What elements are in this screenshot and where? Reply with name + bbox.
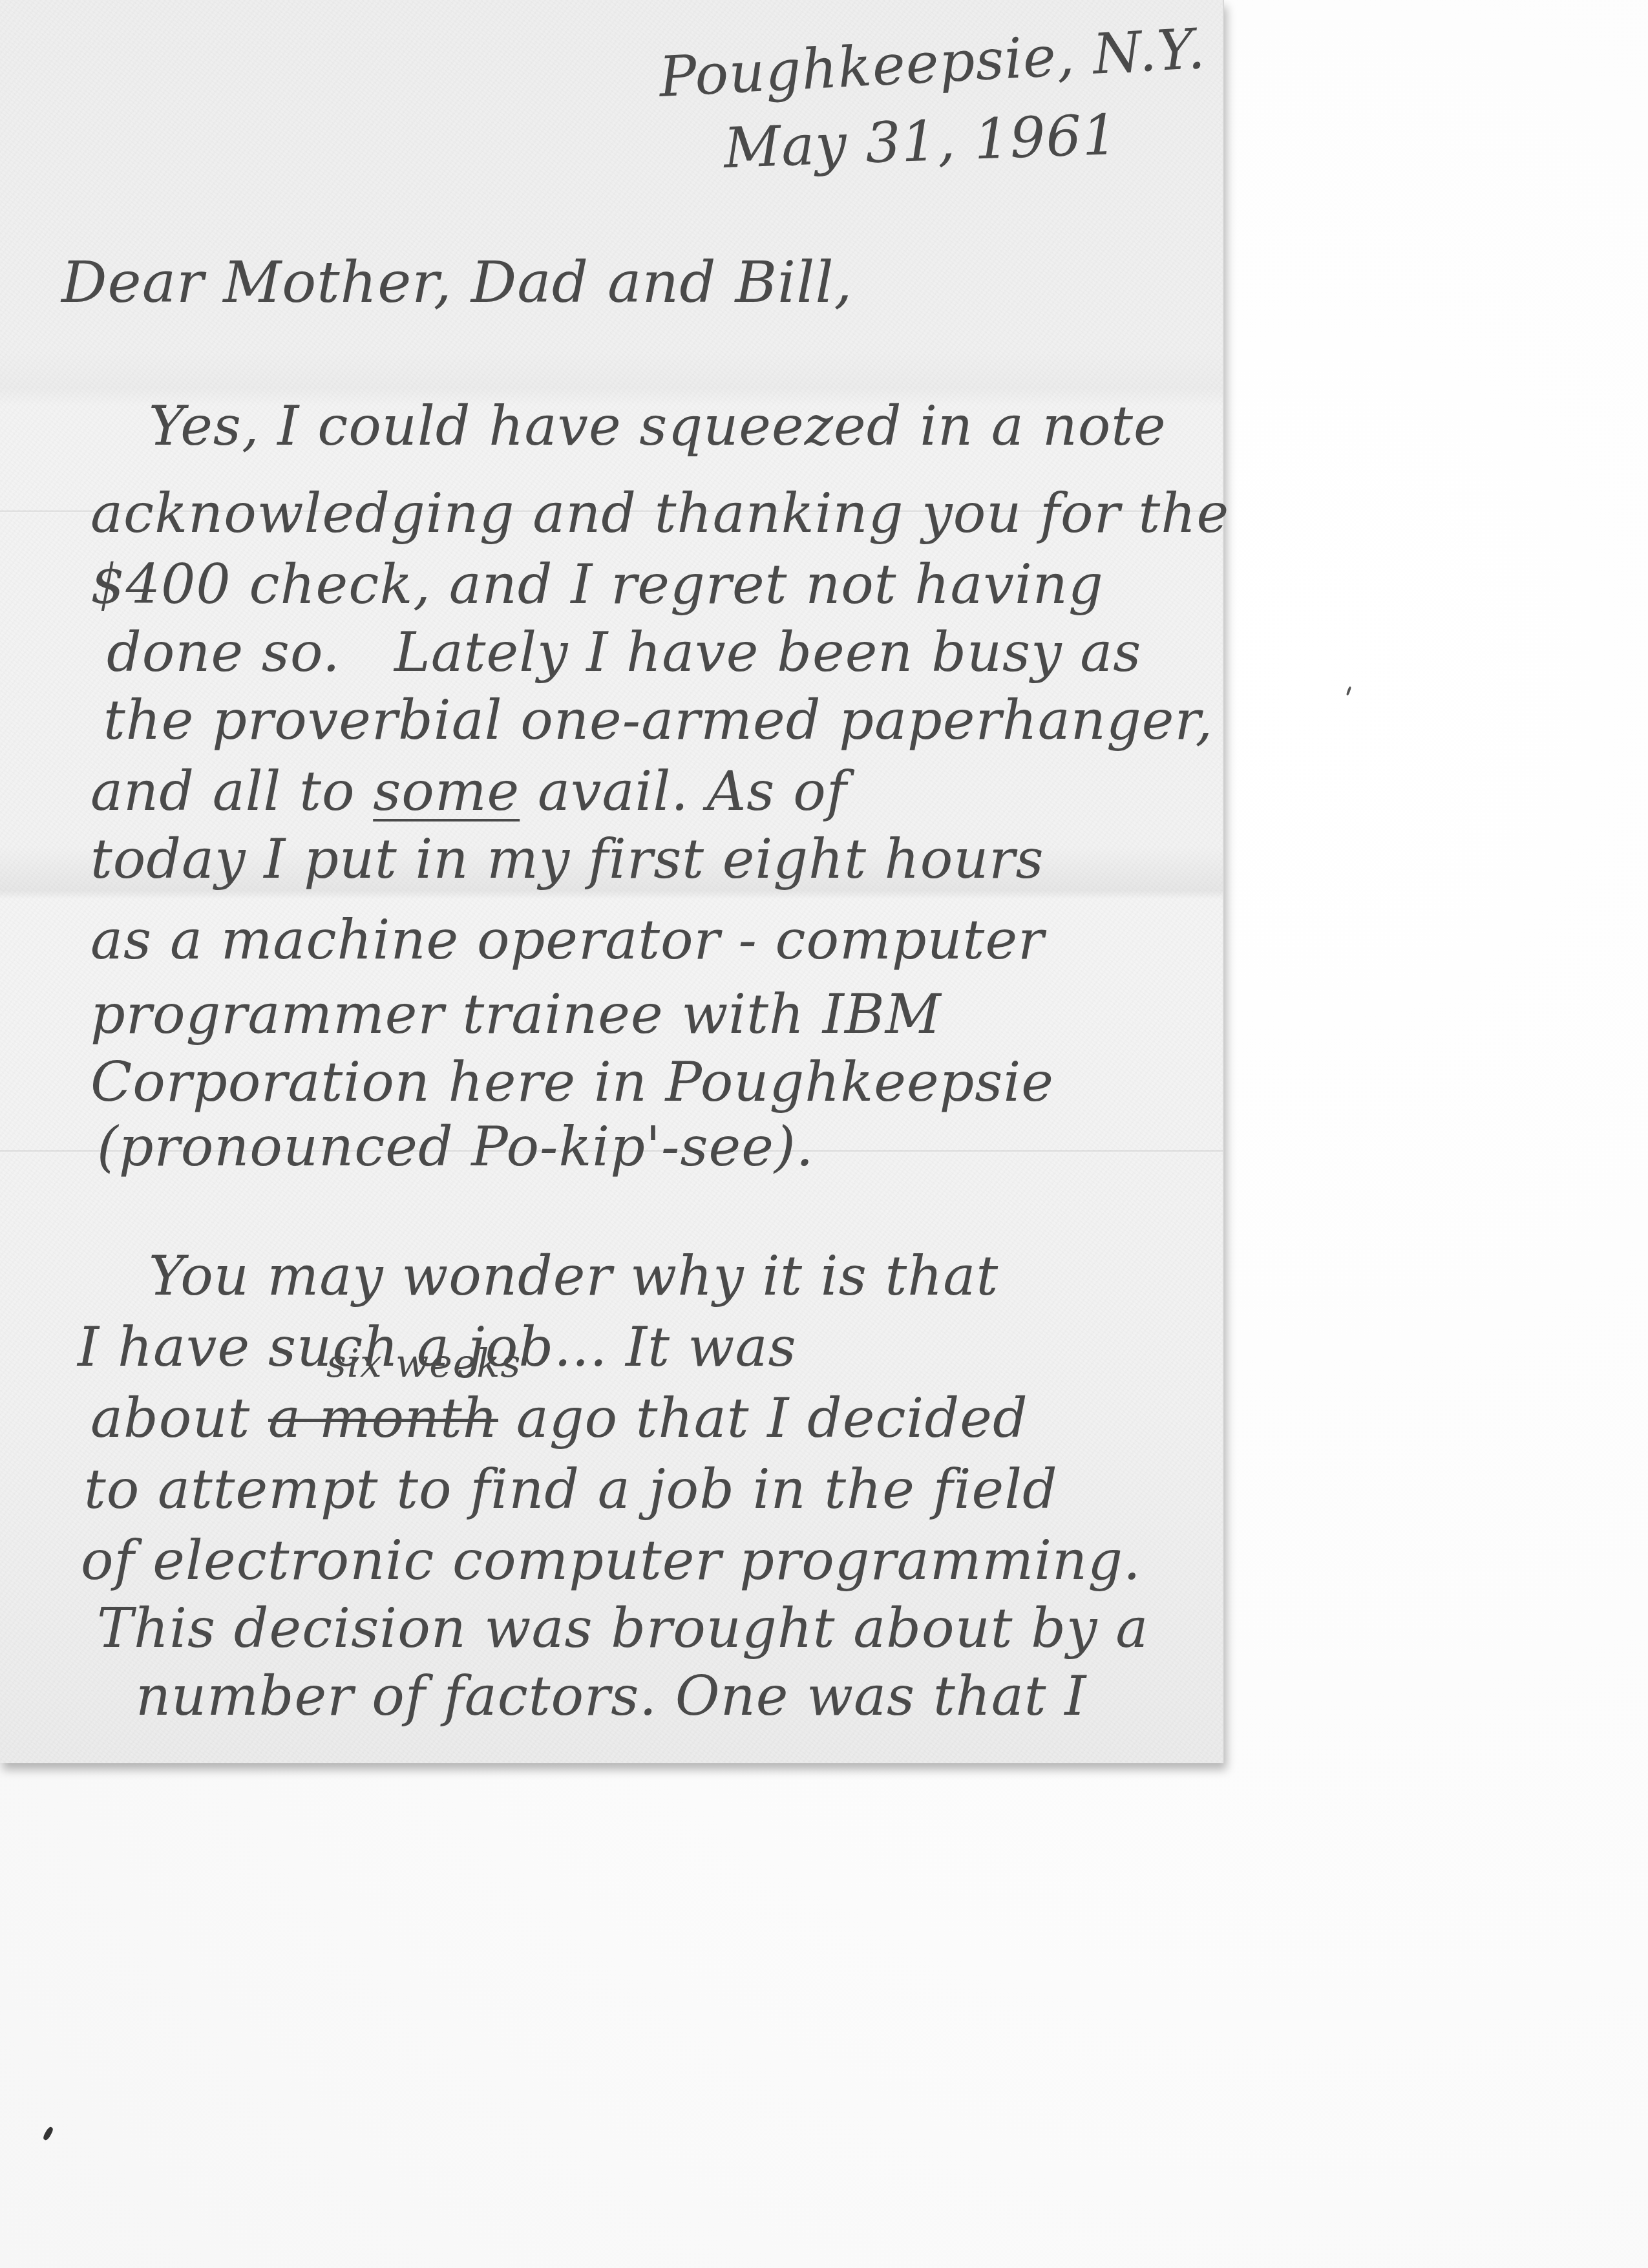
letter-line: the proverbial one-armed paperhanger,: [103, 688, 1213, 752]
underlined-word: some: [373, 759, 520, 823]
letter-line: acknowledging and thanking you for the: [90, 482, 1229, 545]
letter-sheet: Poughkeepsie, N.Y. May 31, 1961 Dear Mot…: [0, 0, 1224, 1763]
letter-text: Lately I have been busy as: [394, 620, 1142, 684]
letter-line: today I put in my first eight hours: [90, 827, 1044, 891]
salutation: Dear Mother, Dad and Bill,: [61, 249, 853, 315]
letter-line: $400 check, and I regret not having: [90, 553, 1104, 616]
letter-line: (pronounced Po-kip'-see).: [97, 1115, 814, 1178]
inserted-text: six weeks: [326, 1341, 521, 1386]
letter-line: done so. Lately I have been busy as: [107, 620, 1141, 684]
letter-text: done so.: [107, 620, 341, 684]
letter-line: programmer trainee with IBM: [90, 982, 942, 1046]
letter-line: of electronic computer programming.: [81, 1529, 1141, 1592]
correction: a month six weeks: [268, 1386, 498, 1450]
letter-line: about a month six weeks ago that I decid…: [90, 1386, 1028, 1450]
letter-line: to attempt to find a job in the field: [84, 1457, 1058, 1521]
letter-line: as a machine operator - computer: [90, 908, 1044, 971]
letter-text: avail. As of: [538, 759, 847, 823]
letter-place: Poughkeepsie, N.Y.: [657, 17, 1207, 110]
letter-text: ago that I decided: [516, 1386, 1028, 1450]
letter-text: and all to: [90, 759, 355, 823]
letter-line: This decision was brought about by a: [97, 1596, 1148, 1660]
letter-text: about: [90, 1386, 250, 1450]
letter-line: You may wonder why it is that: [149, 1244, 998, 1308]
letter-date: May 31, 1961: [723, 103, 1119, 181]
letter-line: and all to some avail. As of: [90, 759, 847, 823]
letter-line: Yes, I could have squeezed in a note: [149, 394, 1167, 458]
struck-text: a month: [268, 1386, 498, 1450]
letter-line: Corporation here in Poughkeepsie: [90, 1050, 1054, 1114]
letter-line: number of factors. One was that I: [136, 1664, 1087, 1728]
